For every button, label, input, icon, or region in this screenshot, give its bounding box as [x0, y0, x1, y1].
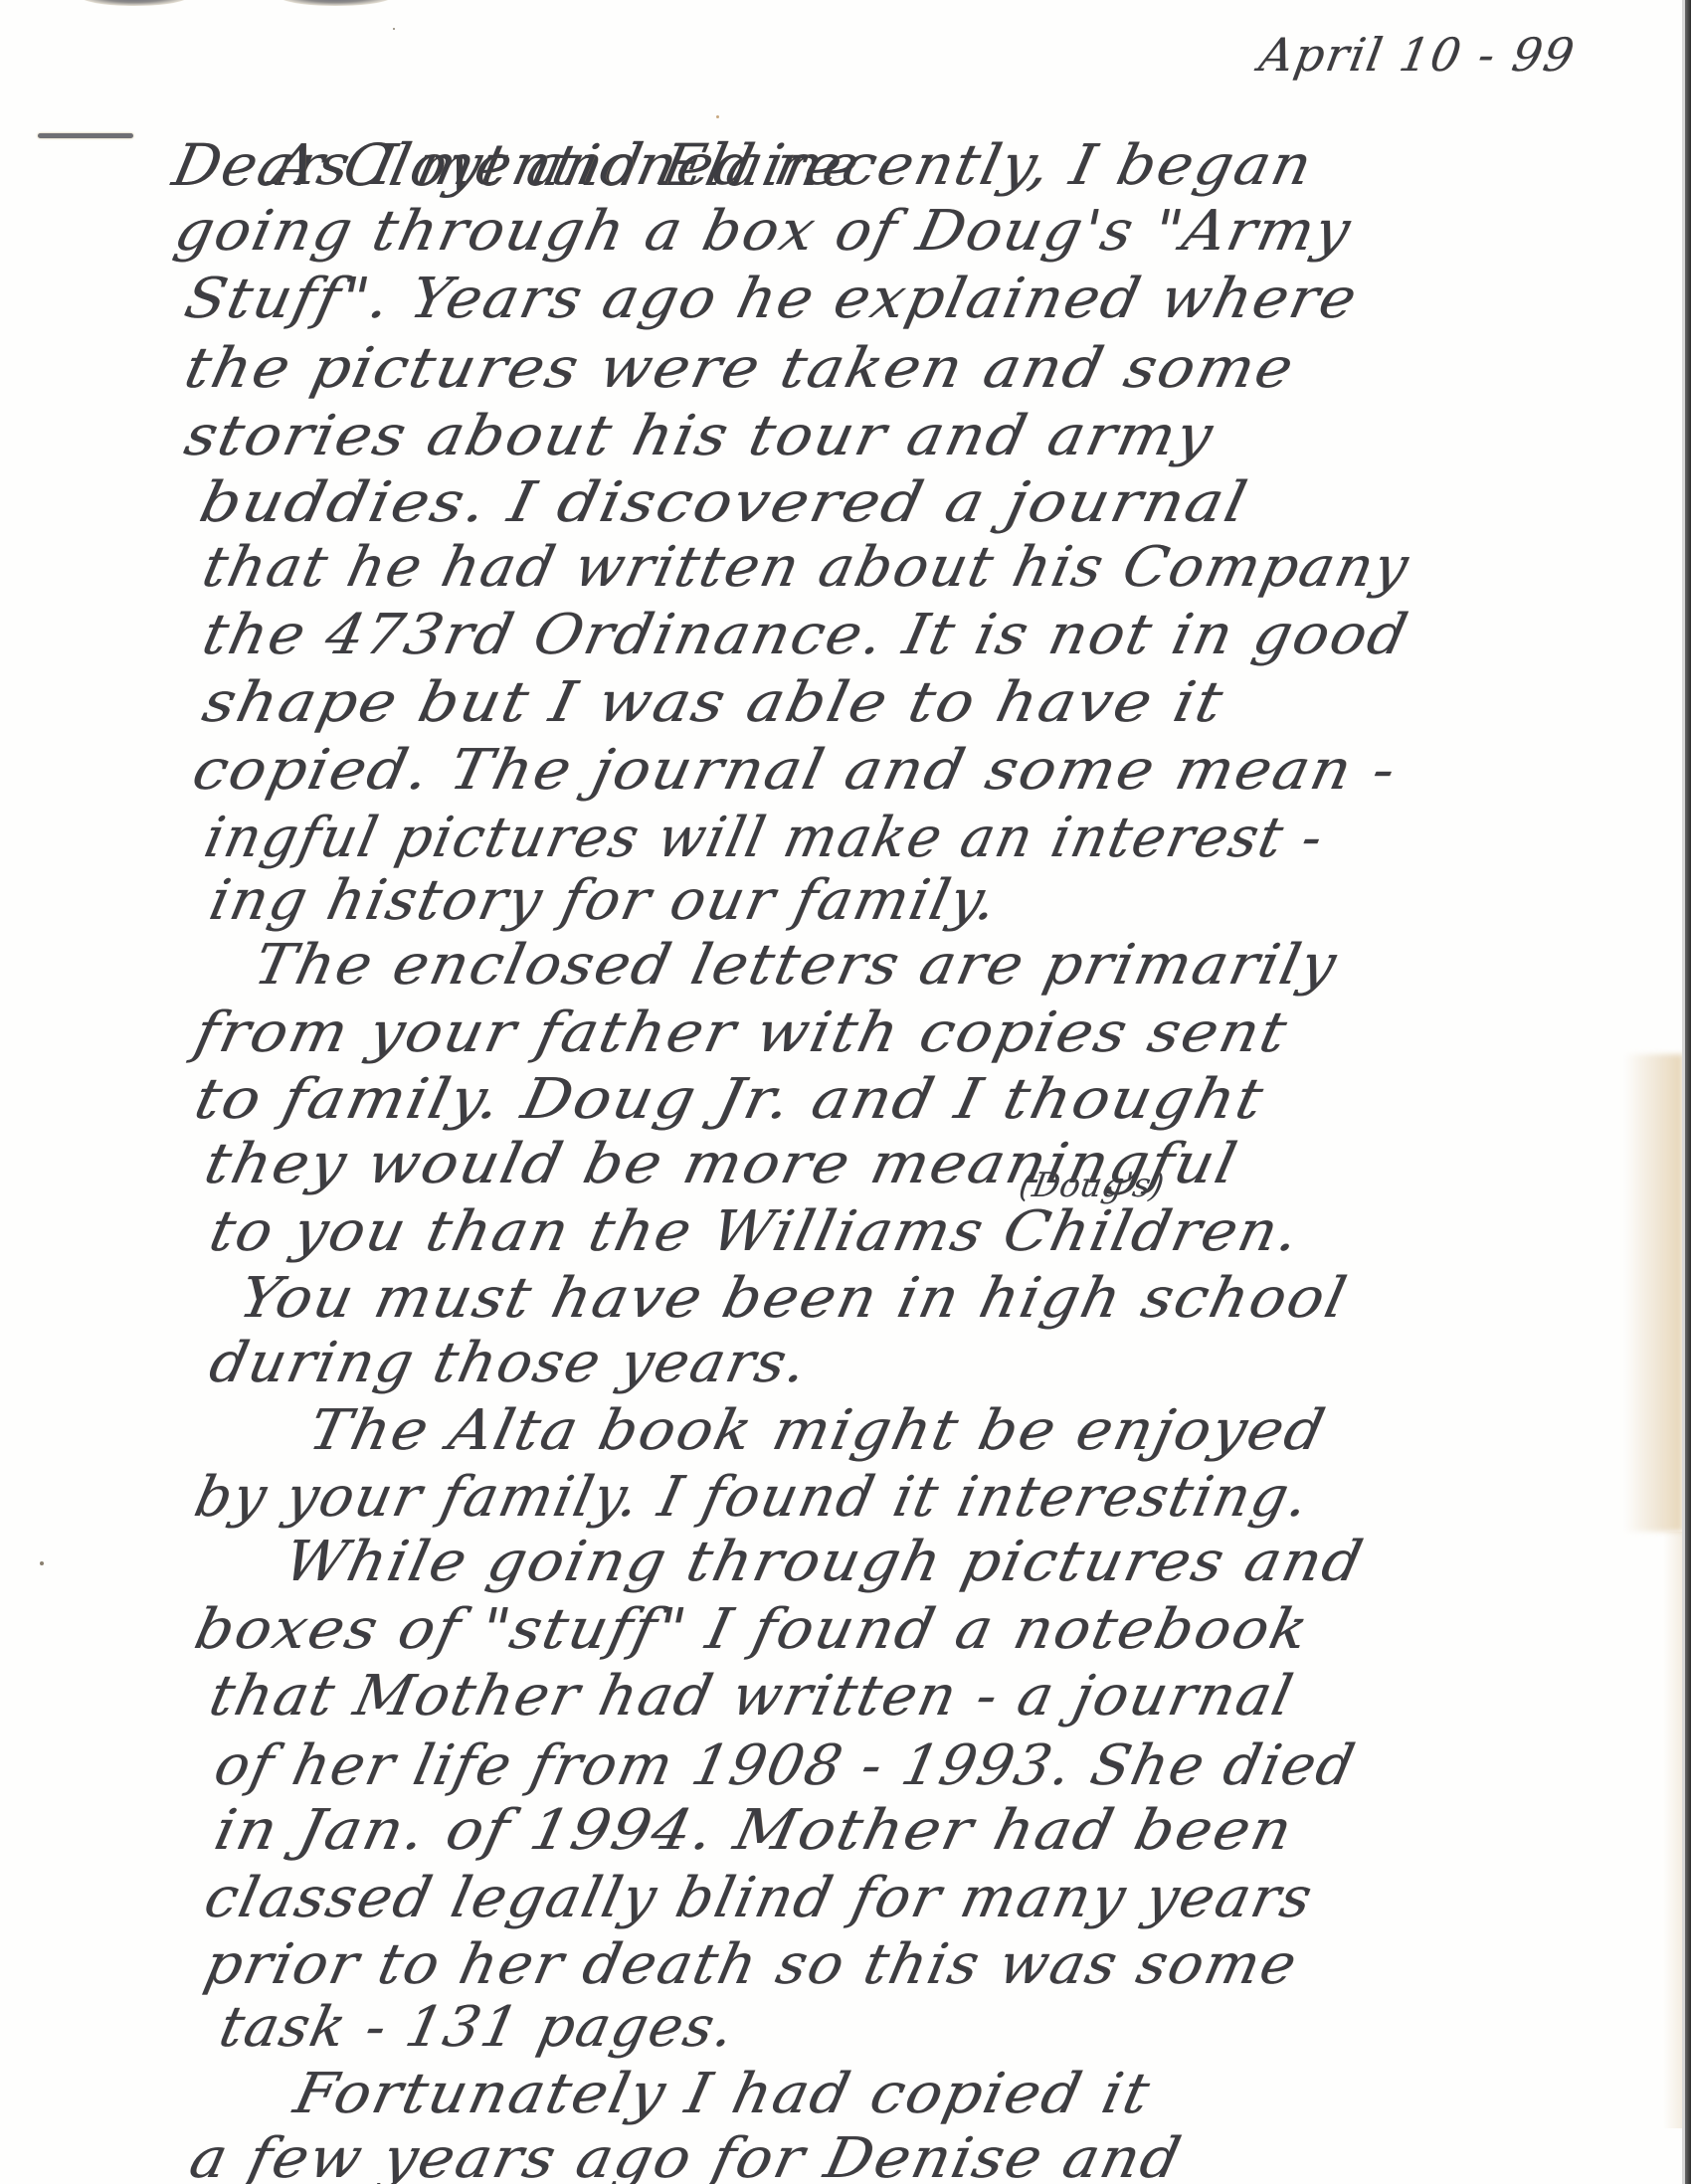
punch-hole-shadow [279, 0, 393, 6]
letter-line: copied. The journal and some mean - [187, 738, 1403, 803]
letter-line: classed legally blind for many years [199, 1866, 1319, 1930]
letter-line: The enclosed letters are primarily [249, 933, 1344, 998]
letter-line: they would be more meaningful [199, 1132, 1244, 1196]
letter-line: shape but I was able to have it [197, 670, 1230, 735]
letter-line: the 473rd Ordinance. It is not in good [197, 603, 1414, 667]
letter-line: task - 131 pages. [214, 1995, 741, 2060]
letter-line: in Jan. of 1994. Mother had been [209, 1798, 1299, 1863]
letter-page: April 10 - 99 Dear Cloyt and Elaine (Dou… [0, 0, 1691, 2184]
letter-line: from your father with copies sent [189, 1001, 1294, 1065]
letter-line: ing history for our family. [204, 868, 1004, 933]
letter-line: ingful pictures will make an interest - [199, 806, 1330, 870]
letter-line: Fortunately I had copied it [288, 2062, 1157, 2126]
letter-line: Stuff". Years ago he explained where [179, 267, 1364, 331]
paper-speck [393, 28, 395, 30]
page-binding-edge [1685, 0, 1691, 2184]
letter-line: While going through pictures and [279, 1530, 1370, 1594]
letter-line: that he had written about his Company [197, 535, 1415, 600]
paper-speck [716, 115, 719, 118]
letter-date: April 10 - 99 [1255, 28, 1580, 82]
letter-line: that Mother had written - a journal [204, 1664, 1300, 1729]
punch-hole-shadow [80, 0, 189, 6]
letter-line: to family. Doug Jr. and I thought [189, 1067, 1270, 1132]
letter-line: As I mentioned recently, I began [267, 133, 1319, 198]
letter-line: The Alta book might be enjoyed [303, 1398, 1332, 1463]
letter-line: a few years ago for Denise and [184, 2126, 1188, 2184]
paper-stain [1663, 1532, 1683, 2128]
letter-line: You must have been in high school [234, 1266, 1354, 1331]
letter-line: going through a box of Doug's "Army [169, 199, 1358, 264]
letter-line: by your family. I found it interesting. [189, 1465, 1316, 1530]
letter-line: of her life from 1908 - 1993. She died [209, 1733, 1362, 1798]
letter-line: stories about his tour and army [179, 404, 1220, 468]
letter-line: prior to her death so this was some [199, 1932, 1304, 1997]
margin-dash-mark [38, 133, 133, 138]
letter-line: buddies. I discovered a journal [194, 470, 1254, 535]
paper-speck [40, 1561, 44, 1565]
letter-line: during those years. [204, 1331, 814, 1395]
letter-line: boxes of "stuff" I found a notebook [189, 1597, 1315, 1662]
letter-line: to you than the Williams Children. [204, 1199, 1306, 1264]
paper-stain [1623, 1054, 1683, 1532]
letter-line: the pictures were taken and some [179, 336, 1300, 401]
